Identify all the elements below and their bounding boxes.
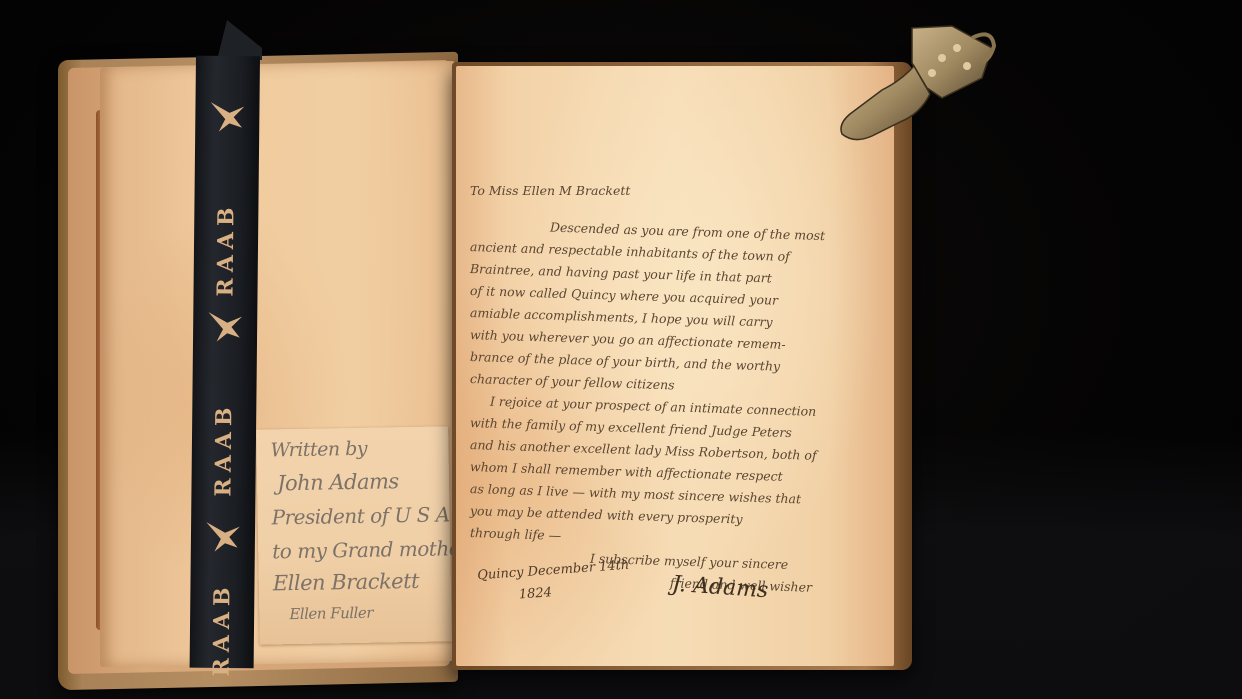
raab-ribbon: RAAB RAAB RAAB (190, 56, 260, 669)
note-line: Written by (270, 438, 367, 462)
letter-salutation: To Miss Ellen M Brackett (470, 180, 880, 202)
handwritten-letter: To Miss Ellen M Brackett Descended as yo… (470, 180, 880, 588)
eagle-icon (202, 516, 244, 558)
ribbon-tail (212, 20, 262, 60)
ribbon-brand-text: RAAB (209, 581, 236, 676)
note-line: Ellen Brackett (273, 569, 420, 596)
note-line: Ellen Fuller (289, 604, 373, 623)
ribbon-brand-text: RAAB (212, 201, 239, 296)
brass-hand-bookmark-clip (832, 18, 997, 158)
eagle-icon (204, 306, 246, 348)
antique-book: Written by John Adams President of U S A… (0, 0, 1242, 699)
eagle-icon (206, 96, 248, 138)
note-line: President of U S A (271, 502, 449, 529)
ribbon-brand-text: RAAB (210, 401, 237, 496)
pencil-note-card: Written by John Adams President of U S A… (256, 426, 452, 644)
note-line: John Adams (277, 469, 399, 495)
note-line: to my Grand mother (272, 536, 469, 563)
